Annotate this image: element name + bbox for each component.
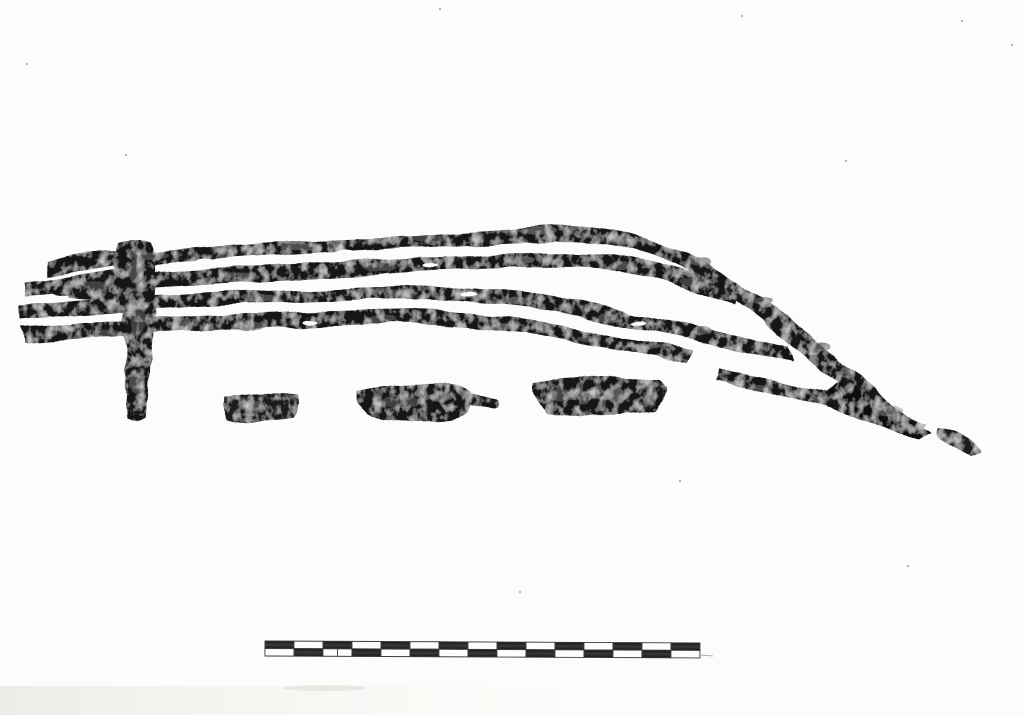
scale-unit-light	[497, 650, 526, 658]
scale-unit-light	[642, 643, 671, 651]
scale-unit-dark	[323, 641, 352, 649]
paper-smudge	[283, 685, 367, 691]
dust-speck	[26, 63, 28, 65]
scale-unit-light	[671, 650, 700, 658]
scale-unit-dark	[410, 649, 439, 657]
scale-unit-light	[410, 642, 439, 650]
scale-unit-light	[584, 642, 613, 650]
scale-unit-dark	[439, 642, 468, 650]
scale-unit-dark	[294, 649, 323, 657]
scale-unit-dark	[381, 642, 410, 650]
scale-unit-light	[526, 642, 555, 650]
scale-unit-dark	[497, 642, 526, 650]
scale-unit-light	[381, 649, 410, 657]
dust-speck	[125, 154, 127, 156]
dust-speck	[519, 591, 521, 593]
photo-frame	[0, 0, 1024, 715]
dust-speck	[439, 8, 441, 10]
scale-unit-dark	[265, 641, 294, 649]
scale-unit-light	[555, 650, 584, 658]
scale-bar	[265, 641, 700, 658]
scale-unit-dark	[468, 649, 497, 657]
scale-unit-dark	[613, 643, 642, 651]
artifact-photograph	[0, 0, 1024, 715]
dust-speck	[961, 20, 963, 22]
dust-speck	[1011, 44, 1013, 46]
dust-speck	[845, 160, 847, 162]
scale-unit-dark	[352, 649, 381, 657]
dust-speck	[741, 15, 743, 17]
scale-unit-dark	[642, 650, 671, 658]
scale-unit-light	[294, 641, 323, 649]
scale-unit-dark	[526, 650, 555, 658]
bottom-shading	[0, 686, 1024, 715]
dust-speck	[907, 565, 909, 567]
scale-unit-dark	[671, 643, 700, 651]
scale-unit-light	[468, 642, 497, 650]
dust-speck	[679, 480, 681, 482]
scale-unit-light	[613, 650, 642, 658]
scale-unit-light	[352, 641, 381, 649]
scale-unit-dark	[555, 642, 584, 650]
scale-unit-dark	[584, 650, 613, 658]
scale-unit-light	[265, 648, 294, 656]
scale-unit-light	[439, 649, 468, 657]
paper-background	[0, 0, 1024, 715]
